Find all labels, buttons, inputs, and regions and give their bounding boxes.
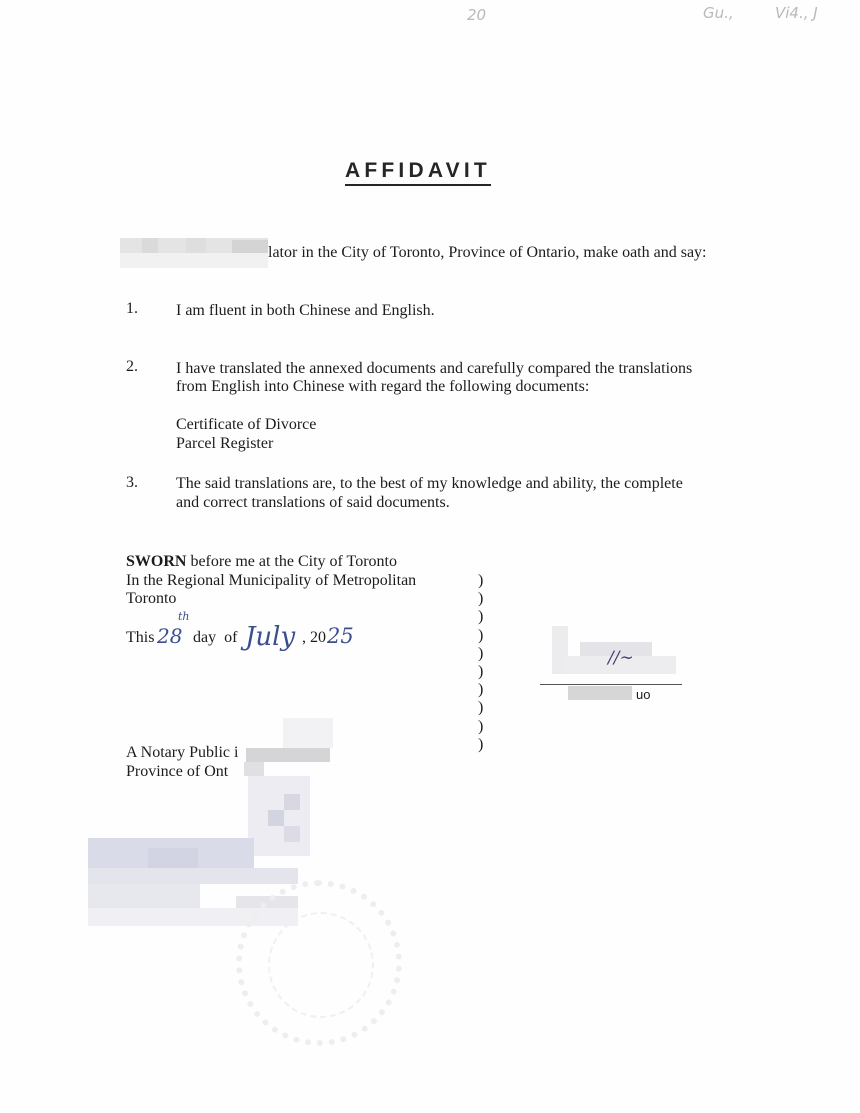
item-text: from English into Chinese with regard th… [176,377,589,396]
day-of-label: day of [193,628,237,647]
item-number: 1. [126,300,138,318]
deponent-name-suffix: uo [636,687,650,702]
item-text: I am fluent in both Chinese and English. [176,301,435,320]
document-list-item: Parcel Register [176,434,273,453]
bracket-column: ) ) ) ) ) ) ) ) ) ) [478,572,483,754]
document-title: AFFIDAVIT [345,158,491,186]
item-text: and correct translations of said documen… [176,493,450,512]
redacted-name [120,238,268,268]
handwritten-year: 25 [327,624,354,648]
handwritten-day: 28 [157,624,182,648]
margin-note: 20 [467,6,486,24]
jurat-text: before me at the City of Toronto [186,553,397,570]
intro-text: lator in the City of Toronto, Province o… [268,243,707,262]
handwritten-month: July [245,622,295,652]
signature-mark: ∕∕∼ [608,648,634,668]
item-number: 2. [126,358,138,376]
jurat-line: In the Regional Municipality of Metropol… [126,571,416,590]
year-prefix: , 20 [302,628,326,647]
jurat-line: SWORN before me at the City of Toronto [126,552,397,571]
margin-note: Vi4., J [775,4,818,22]
item-text: I have translated the annexed documents … [176,359,692,378]
sworn-label: SWORN [126,553,186,570]
item-text: The said translations are, to the best o… [176,474,683,493]
signature-line [540,684,682,685]
jurat-line: Toronto [126,589,176,608]
affidavit-page: 20 Gu., Vi4., J AFFIDAVIT lator in the C… [0,0,860,1113]
item-number: 3. [126,474,138,492]
this-label: This [126,628,154,647]
margin-note: Gu., [703,4,734,22]
embossed-seal [236,880,402,1046]
handwritten-day-suffix: th [178,610,190,623]
document-list-item: Certificate of Divorce [176,415,316,434]
